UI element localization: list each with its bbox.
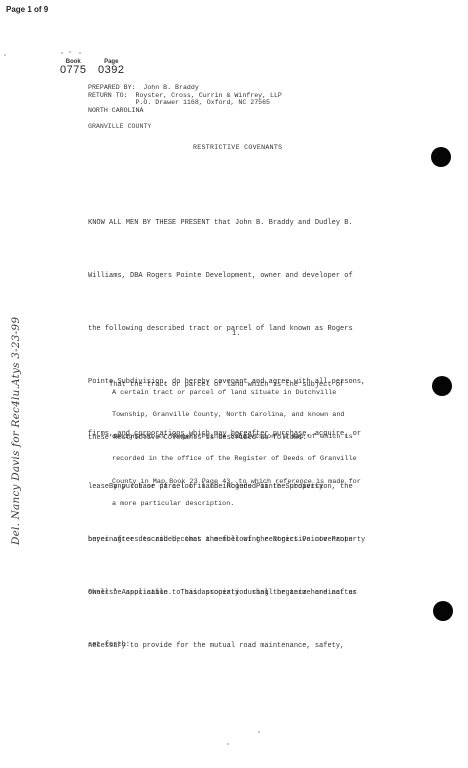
scan-speck [4, 54, 6, 56]
punch-hole-icon [433, 601, 453, 621]
handwritten-margin-note: Del. Nancy Davis for Rec4lu.Atys 3-23-99 [10, 317, 22, 545]
scan-speck [79, 52, 81, 54]
scan-speck [258, 731, 260, 733]
intro-line: the following described tract or parcel … [88, 321, 408, 339]
quote-line: A certain tract or parcel of land situat… [112, 390, 412, 397]
quote-line: designated as "Rogers Pointe Subdivision… [112, 434, 412, 441]
state-line: NORTH CAROLINA [88, 107, 143, 115]
page-stamp: Page 0392 [98, 59, 124, 76]
prepared-by: PREPARED BY: John B. Braddy [88, 84, 199, 92]
page-indicator: Page 1 of 9 [6, 5, 48, 14]
section-line: By purchase of a lot in the Rogers Point… [88, 479, 408, 497]
section-line: Owners' Association. This association sh… [88, 585, 408, 603]
county-line: GRANVILLE COUNTY [88, 123, 151, 130]
page-number: 0392 [98, 65, 124, 76]
intro-line: Williams, DBA Rogers Pointe Development,… [88, 268, 408, 286]
intro-line: KNOW ALL MEN BY THESE PRESENT that John … [88, 215, 408, 233]
scan-speck [69, 51, 71, 53]
quote-line: Township, Granville County, North Caroli… [112, 412, 412, 419]
punch-hole-icon [431, 147, 451, 167]
book-number: 0775 [60, 65, 86, 76]
punch-hole-icon [432, 376, 452, 396]
scan-speck [61, 52, 63, 54]
section-number-2: 2. [237, 433, 245, 441]
section-line: necessary to provide for the mutual road… [88, 638, 408, 656]
document-title: RESTRICTIVE COVENANTS [193, 144, 282, 151]
scan-speck [227, 743, 229, 745]
book-stamp: Book 0775 [60, 59, 86, 76]
return-to-line-2: P.O. Drawer 1168, Oxford, NC 27565 [88, 99, 270, 107]
section-line: buyer agrees to and becomes a member of … [88, 532, 408, 550]
section-number-1: 1. [232, 330, 240, 338]
section-2-paragraph: By purchase of a lot in the Rogers Point… [88, 444, 408, 673]
return-to-line-1: RETURN TO: Royster, Cross, Currin & Winf… [88, 92, 282, 100]
